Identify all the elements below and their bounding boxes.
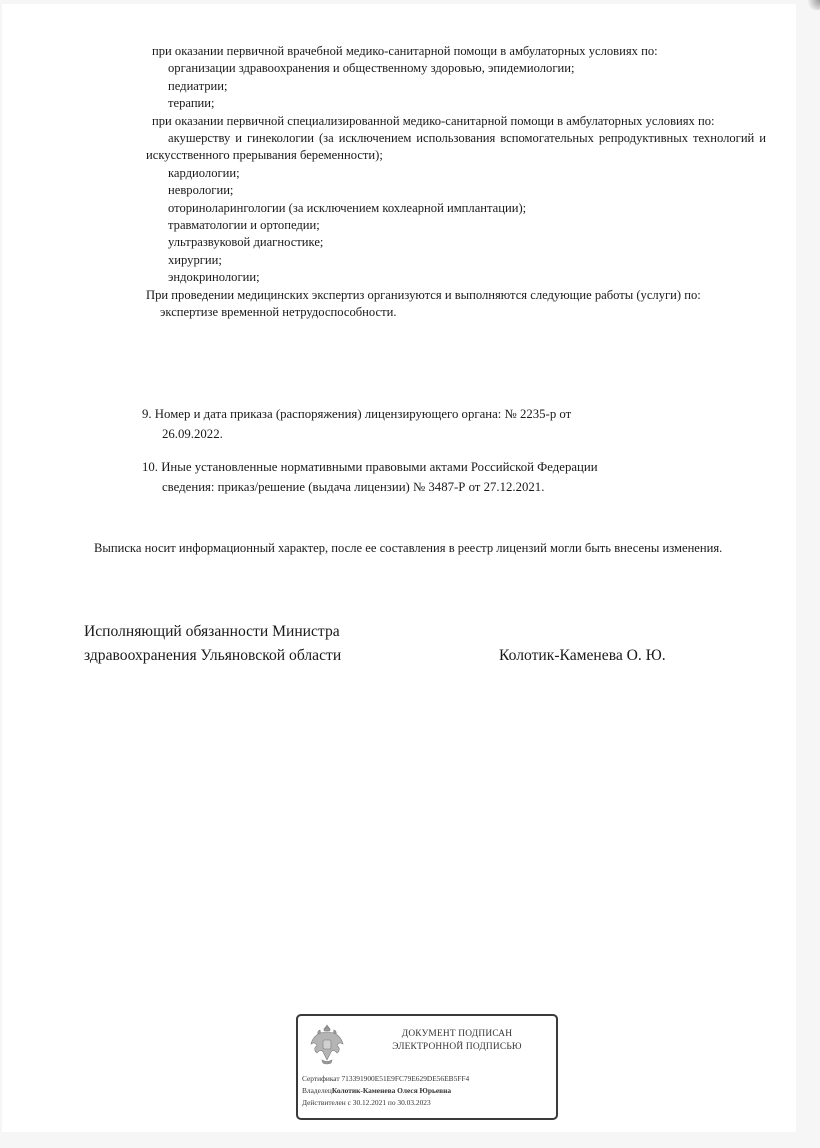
signatory-title-line-1: Исполняющий обязанности Министра <box>84 620 784 644</box>
item-10-other-info: 10. Иные установленные нормативными прав… <box>142 457 742 497</box>
stamp-heading: ДОКУМЕНТ ПОДПИСАН ЭЛЕКТРОННОЙ ПОДПИСЬЮ <box>362 1028 552 1054</box>
stamp-heading-line-1: ДОКУМЕНТ ПОДПИСАН <box>362 1028 552 1041</box>
signature-block: Исполняющий обязанности Министра здравоо… <box>84 620 784 668</box>
signatory-name: Колотик-Каменева О. Ю. <box>499 644 666 668</box>
item-10-line-2: сведения: приказ/решение (выдача лицензи… <box>142 477 742 497</box>
owner-value: Колотик-Каменева Олеся Юрьевна <box>332 1086 451 1095</box>
specialized-care-obstetrics: акушерству и гинекологии (за исключением… <box>146 130 766 165</box>
primary-care-intro: при оказании первичной врачебной медико-… <box>146 43 766 60</box>
item-9-order-number: 9. Номер и дата приказа (распоряжения) л… <box>142 404 742 444</box>
disclaimer-text: Выписка носит информационный характер, п… <box>94 539 774 557</box>
specialized-care-item: неврологии; <box>146 182 766 199</box>
licensed-activities-section: при оказании первичной врачебной медико-… <box>146 43 766 322</box>
item-9-line-1: 9. Номер и дата приказа (распоряжения) л… <box>142 404 742 424</box>
specialized-care-item: эндокринологии; <box>146 269 766 286</box>
specialized-care-item: травматологии и ортопедии; <box>146 217 766 234</box>
expertise-item: экспертизе временной нетрудоспособности. <box>146 304 766 321</box>
specialized-care-item: оториноларингологии (за исключением кохл… <box>146 200 766 217</box>
certificate-row: Сертификат 713391900E51E9FC79E629DE56EB5… <box>302 1073 558 1085</box>
expertise-intro: При проведении медицинских экспертиз орг… <box>146 287 766 304</box>
owner-row: ВладелецКолотик-Каменева Олеся Юрьевна <box>302 1085 558 1097</box>
page-corner-shadow <box>806 0 820 10</box>
valid-label: Действителен с <box>302 1098 351 1107</box>
document-viewer: при оказании первичной врачебной медико-… <box>0 0 820 1148</box>
coat-of-arms-icon <box>308 1022 346 1066</box>
specialized-care-item: хирургии; <box>146 252 766 269</box>
item-10-line-1: 10. Иные установленные нормативными прав… <box>142 457 742 477</box>
certificate-value: 713391900E51E9FC79E629DE56EB5FF4 <box>341 1074 469 1083</box>
item-9-line-2: 26.09.2022. <box>142 424 742 444</box>
owner-label: Владелец <box>302 1086 332 1095</box>
valid-from: 30.12.2021 <box>353 1098 386 1107</box>
primary-care-item: организации здравоохранения и общественн… <box>146 60 766 77</box>
specialized-care-item: ультразвуковой диагностике; <box>146 234 766 251</box>
primary-care-item: терапии; <box>146 95 766 112</box>
primary-care-item: педиатрии; <box>146 78 766 95</box>
specialized-care-item: кардиологии; <box>146 165 766 182</box>
certificate-label: Сертификат <box>302 1074 340 1083</box>
signatory-title-line-2: здравоохранения Ульяновской области <box>84 644 784 668</box>
electronic-signature-stamp: ДОКУМЕНТ ПОДПИСАН ЭЛЕКТРОННОЙ ПОДПИСЬЮ С… <box>296 1014 558 1120</box>
specialized-care-intro: при оказании первичной специализированно… <box>146 113 766 130</box>
valid-to: 30.03.2023 <box>397 1098 430 1107</box>
valid-to-label: по <box>388 1098 396 1107</box>
stamp-details: Сертификат 713391900E51E9FC79E629DE56EB5… <box>302 1073 558 1109</box>
stamp-heading-line-2: ЭЛЕКТРОННОЙ ПОДПИСЬЮ <box>362 1041 552 1054</box>
validity-row: Действителен с 30.12.2021 по 30.03.2023 <box>302 1097 558 1109</box>
